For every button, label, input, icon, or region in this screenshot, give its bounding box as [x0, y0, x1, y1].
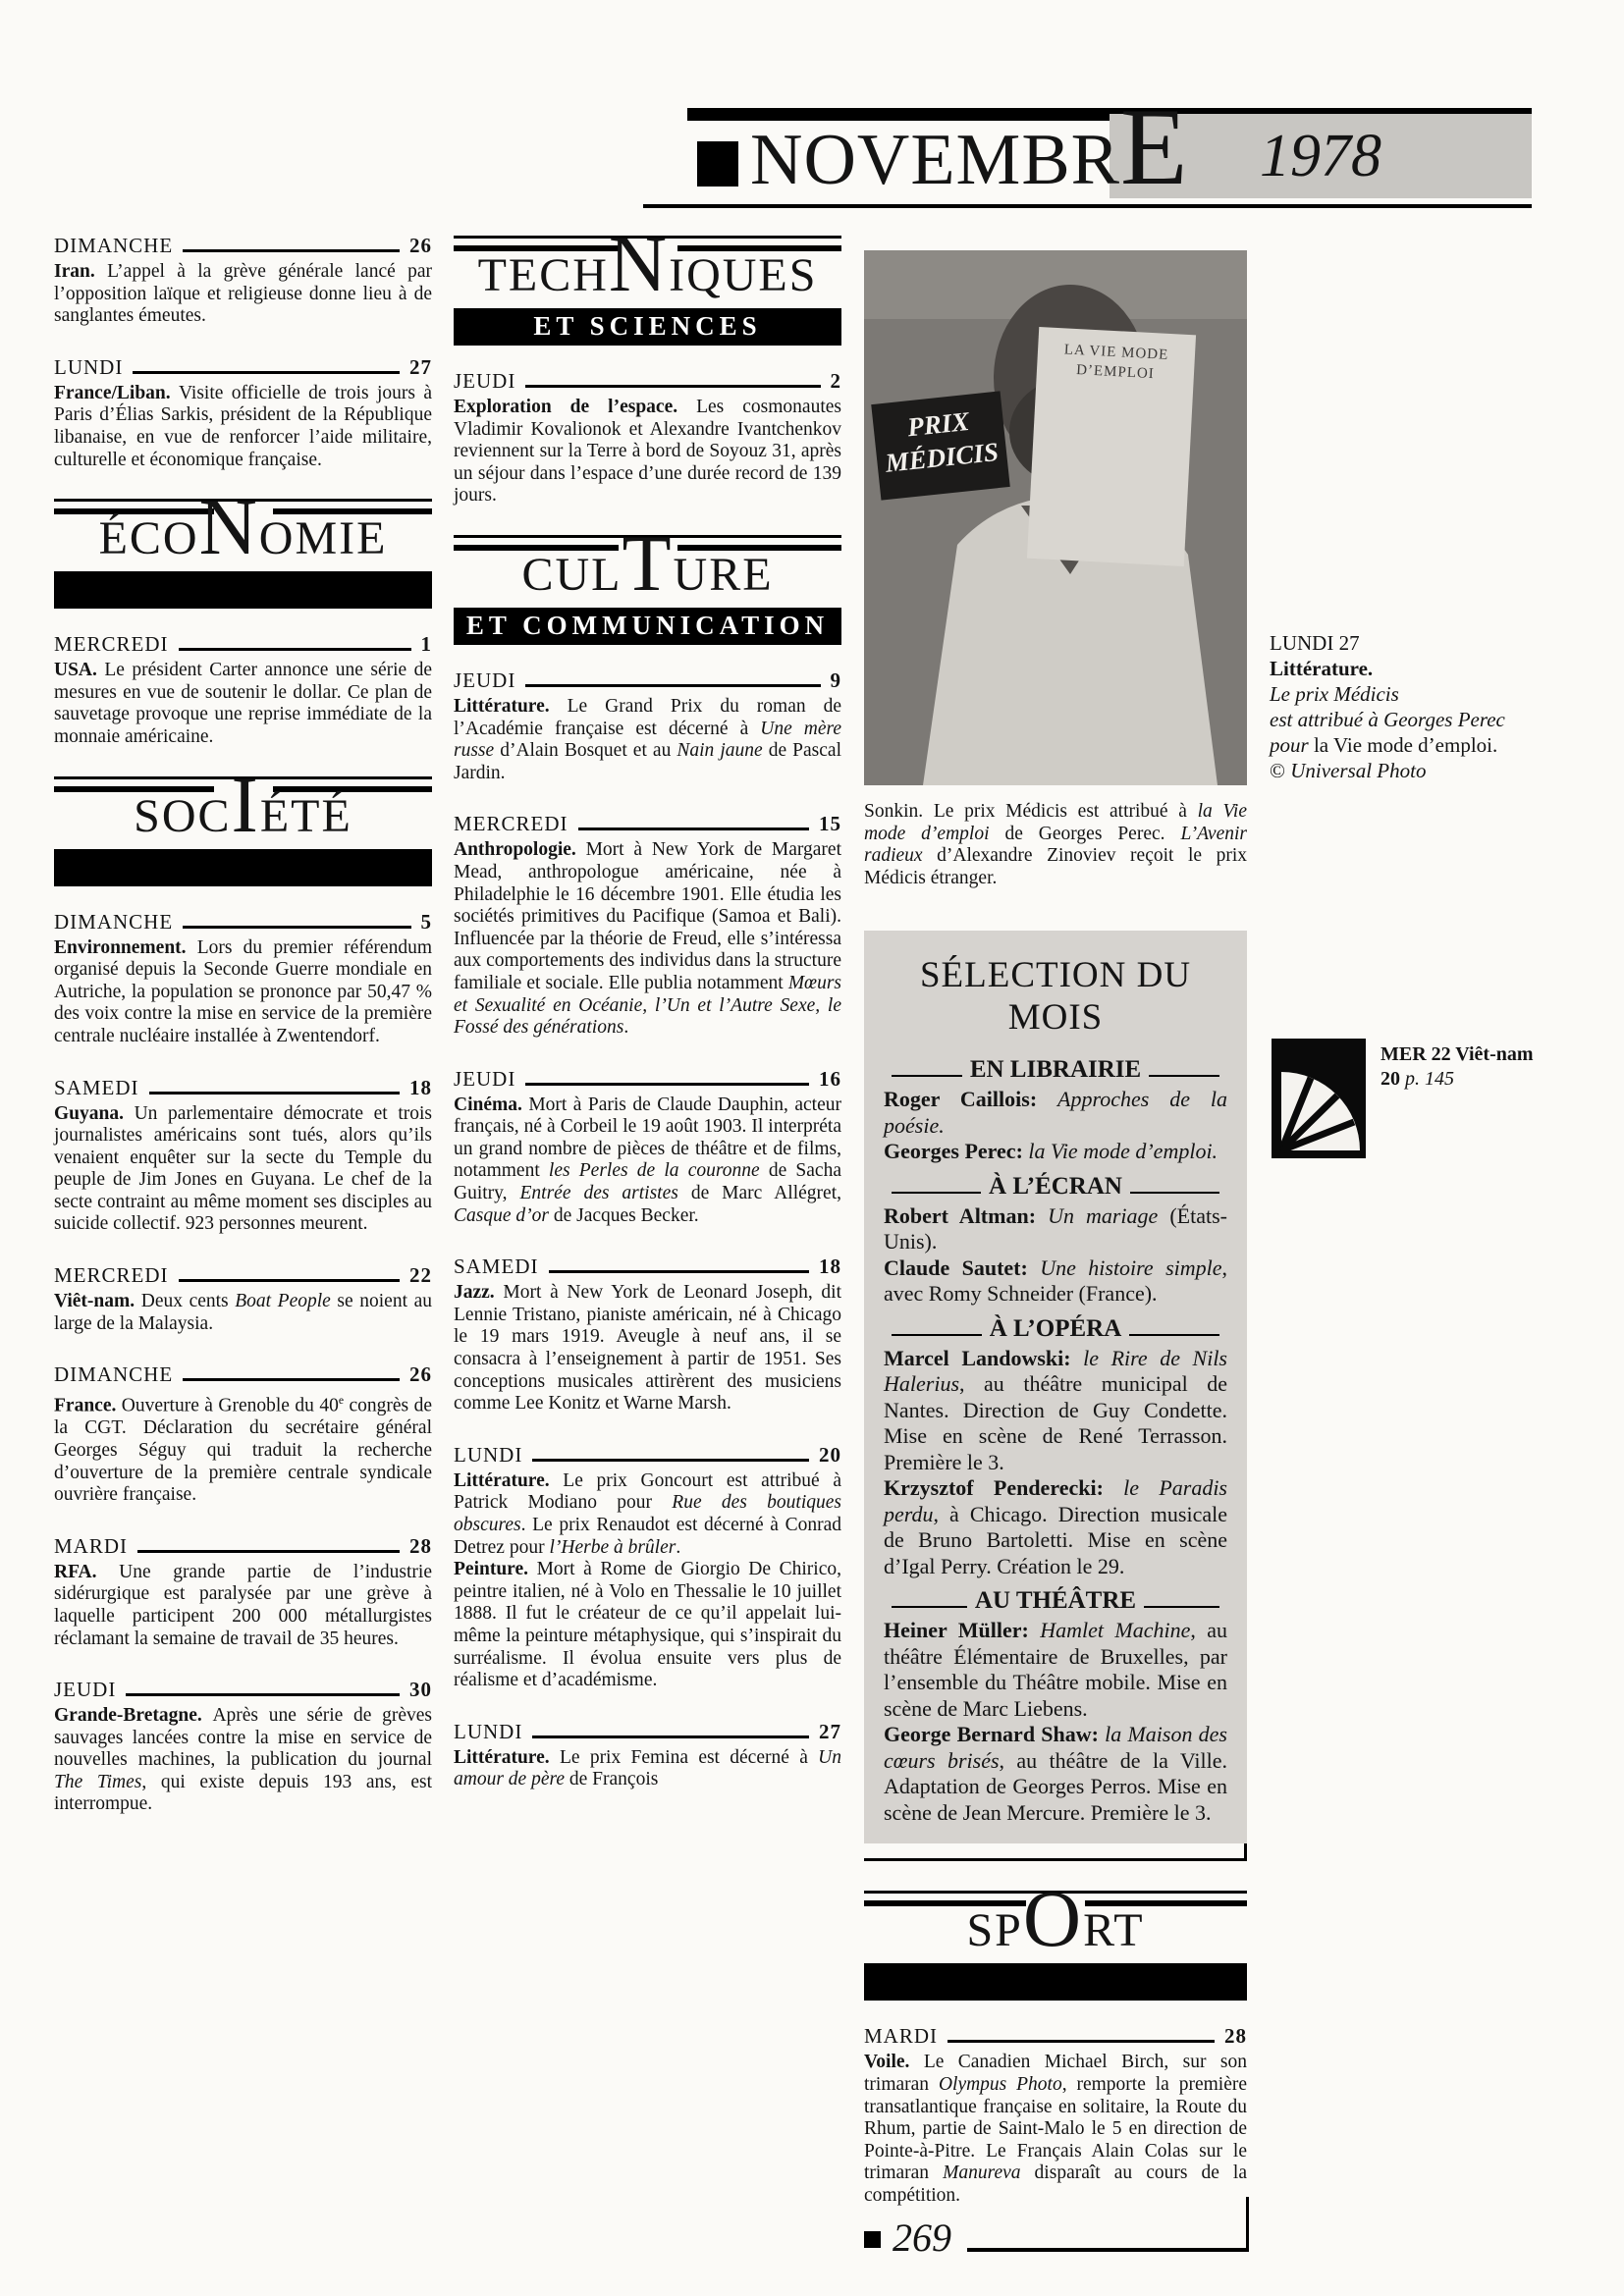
entry-rule: [532, 1735, 809, 1738]
selection-item: George Bernard Shaw: la Maison des cœurs…: [884, 1722, 1227, 1826]
entry-text: Viêt-nam. Deux cents Boat People se noie…: [54, 1291, 432, 1335]
footer-bracket-rule: [967, 2197, 1249, 2252]
entry-day-number: 28: [409, 1534, 432, 1559]
entry-day: LUNDI: [454, 1443, 522, 1468]
entry-espace: JEUDI 2 Exploration de l’espace. Les cos…: [454, 369, 841, 507]
entry-rule: [549, 1270, 809, 1273]
entry-goncourt-peinture: LUNDI 20 Littérature. Le prix Goncourt e…: [454, 1443, 841, 1692]
subhead-rule-left: [892, 1192, 981, 1194]
subhead-text: EN LIBRAIRIE: [970, 1056, 1141, 1084]
caption-line: Le prix Médicis: [1270, 681, 1533, 707]
section-black-bar: [54, 849, 432, 886]
entry-france-liban: LUNDI 27 France/Liban. Visite officielle…: [54, 355, 432, 471]
subhead-rule-right: [1144, 1606, 1219, 1608]
section-header-societe: SOCIÉTÉ: [54, 776, 432, 886]
entry-rfa: MARDI 28 RFA. Une grande partie de l’ind…: [54, 1534, 432, 1650]
entry-head: JEUDI 9: [454, 668, 841, 693]
entry-day: SAMEDI: [54, 1076, 139, 1100]
selection-item: Roger Caillois: Approches de la poésie.: [884, 1087, 1227, 1139]
photo-georges-perec: LA VIE MODE D’EMPLOI PRIX MÉDICIS: [864, 250, 1247, 785]
entry-day: MERCREDI: [54, 1263, 169, 1288]
entry-text: Jazz. Mort à New York de Leonard Joseph,…: [454, 1282, 841, 1415]
caption-line: © Universal Photo: [1270, 758, 1533, 783]
entry-day-number: 2: [831, 369, 842, 394]
caption-line: Littérature.: [1270, 656, 1533, 681]
section-title-post: IQUES: [669, 249, 817, 301]
entry-rule: [578, 828, 809, 830]
section-header-culture: CULTURE ET COMMUNICATION: [454, 535, 841, 645]
entry-head: MERCREDI 22: [54, 1263, 432, 1288]
month-title-row: NOVEMBRE: [697, 94, 1188, 196]
subhead-text: AU THÉÂTRE: [975, 1587, 1136, 1615]
entry-day-number: 26: [409, 1362, 432, 1387]
caption-line: est attribué à Georges Perec: [1270, 707, 1533, 732]
entry-text: Littérature. Le prix Goncourt est attrib…: [454, 1470, 841, 1559]
entry-day-number: 18: [819, 1255, 841, 1279]
entry-rule: [179, 1279, 400, 1282]
entry-day: SAMEDI: [454, 1255, 539, 1279]
entry-rule: [179, 648, 411, 651]
month-title-text: NOVEMBR: [750, 120, 1120, 200]
selection-item: Krzysztof Penderecki: le Paradis perdu, …: [884, 1475, 1227, 1579]
entry-head: DIMANCHE 26: [54, 1362, 432, 1387]
entry-day: MARDI: [864, 2024, 938, 2049]
subhead-rule-right: [1149, 1075, 1219, 1077]
entry-day: MERCREDI: [54, 632, 169, 657]
section-black-bar: [864, 1963, 1247, 2001]
entry-france-cgt: DIMANCHE 26 France. Ouverture à Grenoble…: [54, 1362, 432, 1506]
cross-reference-note: MER 22 Viêt-nam 20 p. 145: [1380, 1042, 1547, 1092]
section-header-sport: SPORT: [864, 1891, 1247, 2001]
page-footer: 269: [864, 2197, 1249, 2260]
entry-rule: [525, 385, 820, 388]
section-title-pre: SP: [966, 1904, 1022, 1956]
section-title-big-letter: N: [609, 219, 669, 308]
photo-caption: LUNDI 27 Littérature. Le prix Médicis es…: [1270, 630, 1533, 783]
section-title-big-letter: N: [199, 482, 259, 571]
selection-item: Robert Altman: Un mariage (États-Unis).: [884, 1203, 1227, 1255]
entry-femina: LUNDI 27 Littérature. Le prix Femina est…: [454, 1720, 841, 1791]
entry-grande-bretagne: JEUDI 30 Grande-Bretagne. Après une séri…: [54, 1678, 432, 1816]
entry-text: Anthropologie. Mort à New York de Margar…: [454, 839, 841, 1039]
section-title: SOCIÉTÉ: [134, 790, 352, 842]
entry-day: DIMANCHE: [54, 910, 173, 934]
selection-subhead-theatre: AU THÉÂTRE: [884, 1587, 1227, 1615]
middle-column: TECHNIQUES ET SCIENCES JEUDI 2 Explorati…: [454, 236, 841, 1819]
page-number: 269: [893, 2218, 951, 2258]
entry-vietnam: MERCREDI 22 Viêt-nam. Deux cents Boat Pe…: [54, 1263, 432, 1335]
month-title-big-letter: E: [1120, 86, 1188, 208]
section-title-row: CULTURE: [454, 538, 841, 599]
entry-text: Cinéma. Mort à Paris de Claude Dauphin, …: [454, 1095, 841, 1228]
entry-day: DIMANCHE: [54, 1362, 173, 1387]
entry-head: JEUDI 16: [454, 1067, 841, 1092]
entry-rule: [133, 371, 400, 374]
entry-day-number: 18: [409, 1076, 432, 1100]
section-title-big-letter: T: [622, 518, 673, 608]
section-title-row: SPORT: [864, 1894, 1247, 1954]
entry-text-2: Peinture. Mort à Rome de Giorgio De Chir…: [454, 1559, 841, 1692]
subhead-text: À L’ÉCRAN: [989, 1173, 1122, 1201]
section-header-economie: ÉCONOMIE: [54, 499, 432, 609]
entry-head: MARDI 28: [864, 2024, 1247, 2049]
entry-day: LUNDI: [54, 355, 123, 380]
entry-day-number: 22: [409, 1263, 432, 1288]
entry-voile: MARDI 28 Voile. Le Canadien Michael Birc…: [864, 2024, 1247, 2207]
section-title-post: ÉTÉ: [260, 790, 352, 842]
section-title-row: ÉCONOMIE: [54, 502, 432, 562]
entry-day-number: 27: [819, 1720, 841, 1744]
selection-box: SÉLECTION DU MOIS EN LIBRAIRIE Roger Cai…: [864, 931, 1247, 1843]
cross-reference-line1: MER 22 Viêt-nam: [1380, 1042, 1547, 1067]
cross-reference-line2: 20 p. 145: [1380, 1067, 1547, 1092]
fan-icon: [1272, 1039, 1366, 1158]
section-header-techniques: TECHNIQUES ET SCIENCES: [454, 236, 841, 346]
entry-day: JEUDI: [54, 1678, 116, 1702]
section-title-row: SOCIÉTÉ: [54, 779, 432, 840]
page-header: NOVEMBRE 1978: [643, 94, 1532, 212]
entry-text: USA. Le président Carter annonce une sér…: [54, 660, 432, 748]
entry-rule: [525, 684, 820, 687]
entry-day-number: 28: [1224, 2024, 1247, 2049]
entry-rule: [137, 1550, 400, 1553]
continuation-text: Sonkin. Le prix Médicis est attribué à l…: [864, 801, 1247, 889]
entry-margaret-mead: MERCREDI 15 Anthropologie. Mort à New Yo…: [454, 812, 841, 1039]
entry-rule: [183, 249, 400, 252]
selection-item: Claude Sautet: Une histoire simple, avec…: [884, 1255, 1227, 1308]
entry-head: LUNDI 27: [54, 355, 432, 380]
entry-text: Environnement. Lors du premier référendu…: [54, 937, 432, 1048]
section-title-pre: ÉCO: [99, 512, 199, 564]
section-title-big-letter: I: [232, 760, 260, 849]
entry-day: MERCREDI: [454, 812, 568, 836]
entry-text: Iran. L’appel à la grève générale lancé …: [54, 261, 432, 328]
subhead-rule-right: [1129, 1334, 1219, 1336]
entry-text: Grande-Bretagne. Après une série de grèv…: [54, 1705, 432, 1816]
selection-title: SÉLECTION DU MOIS: [884, 954, 1227, 1039]
section-title: SPORT: [966, 1904, 1144, 1956]
entry-day-number: 5: [421, 910, 433, 934]
section-title: TECHNIQUES: [478, 249, 818, 301]
right-column: LA VIE MODE D’EMPLOI PRIX MÉDICIS Sonkin…: [864, 250, 1247, 2235]
entry-head: SAMEDI 18: [454, 1255, 841, 1279]
selection-item: Georges Perec: la Vie mode d’emploi.: [884, 1139, 1227, 1165]
entry-day-number: 26: [409, 234, 432, 258]
subhead-rule-left: [892, 1075, 962, 1077]
header-underline: [643, 204, 1532, 208]
entry-rule: [126, 1693, 400, 1696]
selection-item: Marcel Landowski: le Rire de Nils Haleri…: [884, 1346, 1227, 1476]
section-title-pre: TECH: [478, 249, 609, 301]
entry-head: SAMEDI 18: [54, 1076, 432, 1100]
selection-subhead-librairie: EN LIBRAIRIE: [884, 1056, 1227, 1084]
section-black-bar: [54, 571, 432, 609]
section-title-post: OMIE: [259, 512, 388, 564]
entry-head: LUNDI 27: [454, 1720, 841, 1744]
entry-usa: MERCREDI 1 USA. Le président Carter anno…: [54, 632, 432, 748]
entry-head: JEUDI 30: [54, 1678, 432, 1702]
section-black-bar: ET COMMUNICATION: [454, 608, 841, 645]
entry-head: MERCREDI 1: [54, 632, 432, 657]
entry-head: DIMANCHE 26: [54, 234, 432, 258]
entry-day-number: 1: [421, 632, 433, 657]
entry-day-number: 16: [819, 1067, 841, 1092]
entry-day-number: 9: [831, 668, 842, 693]
subhead-rule-left: [892, 1334, 982, 1336]
entry-day-number: 30: [409, 1678, 432, 1702]
caption-line: pour la Vie mode d’emploi.: [1270, 732, 1533, 758]
entry-rule: [149, 1092, 400, 1095]
entry-day: JEUDI: [454, 1067, 515, 1092]
section-title-post: URE: [674, 549, 774, 601]
entry-text: Littérature. Le Grand Prix du roman de l…: [454, 696, 841, 784]
entry-text: Voile. Le Canadien Michael Birch, sur so…: [864, 2052, 1247, 2207]
entry-head: JEUDI 2: [454, 369, 841, 394]
section-black-bar: ET SCIENCES: [454, 308, 841, 346]
entry-day-number: 27: [409, 355, 432, 380]
entry-guyana: SAMEDI 18 Guyana. Un parlementaire démoc…: [54, 1076, 432, 1237]
section-title-pre: SOC: [134, 790, 231, 842]
section-title: ÉCONOMIE: [99, 512, 388, 564]
entry-day: JEUDI: [454, 369, 515, 394]
month-title: NOVEMBRE: [750, 124, 1188, 196]
entry-lennie-tristano: SAMEDI 18 Jazz. Mort à New York de Leona…: [454, 1255, 841, 1415]
entry-text: France/Liban. Visite officielle de trois…: [54, 383, 432, 471]
entry-day: MARDI: [54, 1534, 128, 1559]
section-title-post: RT: [1083, 1904, 1144, 1956]
entry-day: DIMANCHE: [54, 234, 173, 258]
section-title-pre: CUL: [521, 549, 622, 601]
selection-subhead-opera: À L’OPÉRA: [884, 1315, 1227, 1343]
selection-item: Heiner Müller: Hamlet Machine, au théâtr…: [884, 1618, 1227, 1722]
footer-square-icon: [864, 2231, 881, 2248]
selection-subhead-ecran: À L’ÉCRAN: [884, 1173, 1227, 1201]
entry-head: LUNDI 20: [454, 1443, 841, 1468]
entry-rule: [947, 2040, 1215, 2043]
selection-bottom-bracket: [864, 1843, 1247, 1861]
entry-grand-prix-roman: JEUDI 9 Littérature. Le Grand Prix du ro…: [454, 668, 841, 784]
entry-iran: DIMANCHE 26 Iran. L’appel à la grève gén…: [54, 234, 432, 328]
subhead-rule-left: [892, 1606, 967, 1608]
entry-head: DIMANCHE 5: [54, 910, 432, 934]
entry-text: France. Ouverture à Grenoble du 40e cong…: [54, 1390, 432, 1506]
section-title-big-letter: O: [1023, 1874, 1083, 1963]
entry-day-number: 15: [819, 812, 841, 836]
caption-line: LUNDI 27: [1270, 630, 1533, 656]
entry-environnement: DIMANCHE 5 Environnement. Lors du premie…: [54, 910, 432, 1048]
entry-text: RFA. Une grande partie de l’industrie si…: [54, 1562, 432, 1650]
entry-text: Guyana. Un parlementaire démocrate et tr…: [54, 1103, 432, 1237]
entry-day: JEUDI: [454, 668, 515, 693]
left-column: DIMANCHE 26 Iran. L’appel à la grève gén…: [54, 234, 432, 1843]
section-title-row: TECHNIQUES: [454, 239, 841, 299]
entry-day-number: 20: [819, 1443, 841, 1468]
entry-text: Exploration de l’espace. Les cosmonautes…: [454, 397, 841, 507]
photo-prize-sign: PRIX MÉDICIS: [871, 391, 1010, 500]
photo-book-cover: LA VIE MODE D’EMPLOI: [1027, 327, 1196, 566]
black-square-icon: [697, 141, 738, 187]
entry-rule: [183, 926, 410, 929]
section-title: CULTURE: [521, 549, 773, 601]
entry-claude-dauphin: JEUDI 16 Cinéma. Mort à Paris de Claude …: [454, 1067, 841, 1228]
subhead-rule-right: [1130, 1192, 1219, 1194]
entry-head: MERCREDI 15: [454, 812, 841, 836]
entry-rule: [525, 1083, 809, 1086]
entry-text: Littérature. Le prix Femina est décerné …: [454, 1747, 841, 1791]
entry-rule: [532, 1459, 809, 1462]
subhead-text: À L’OPÉRA: [990, 1315, 1122, 1343]
entry-head: MARDI 28: [54, 1534, 432, 1559]
entry-rule: [183, 1378, 400, 1381]
entry-day: LUNDI: [454, 1720, 522, 1744]
